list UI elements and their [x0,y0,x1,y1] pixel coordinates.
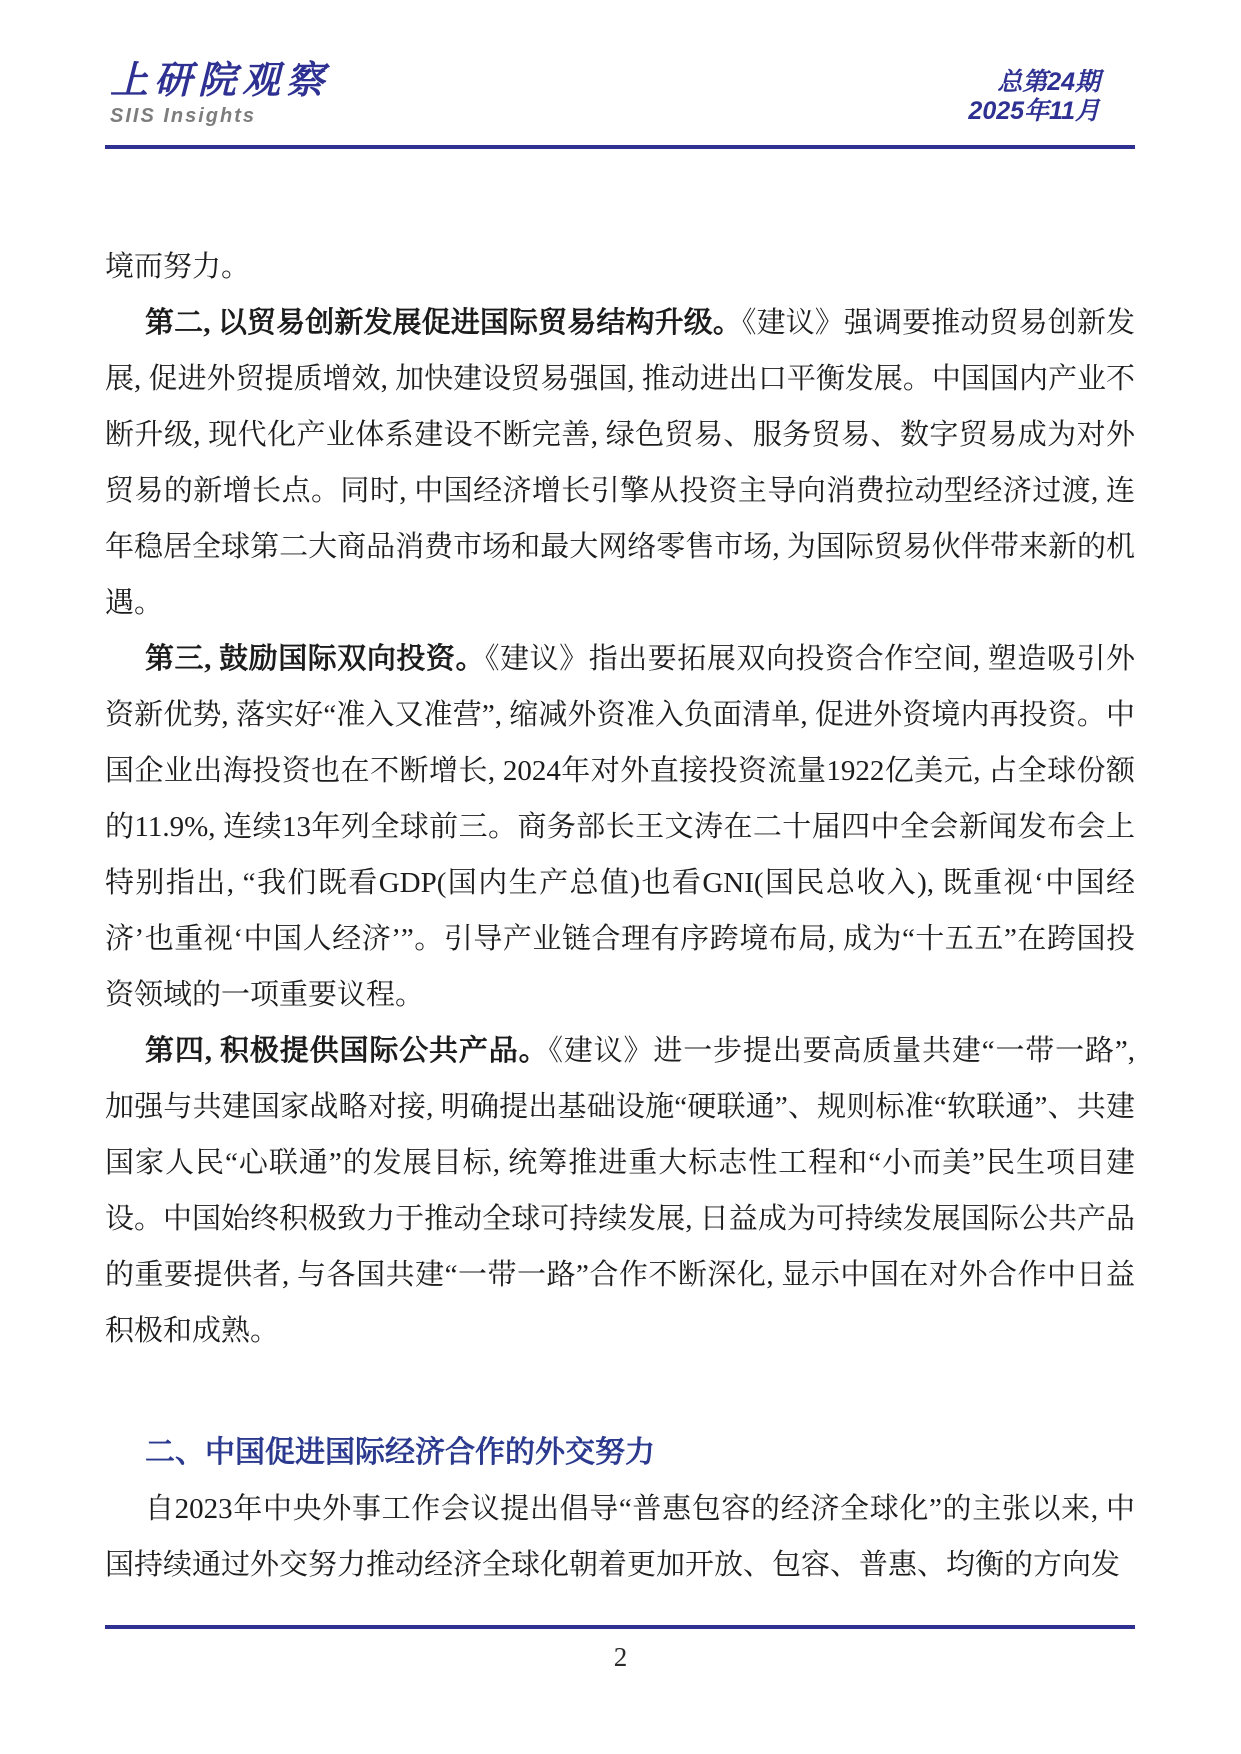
logo-subtitle: SIIS Insights [110,104,330,128]
logo-title: 上研院观察 [110,58,330,104]
body-content: 境而努力。第二, 以贸易创新发展促进国际贸易结构升级。《建议》强调要推动贸易创新… [105,239,1135,1593]
paragraph: 自2023年中央外事工作会议提出倡导“普惠包容的经济全球化”的主张以来, 中国持… [105,1481,1135,1593]
text-run: 《建议》强调要推动贸易创新发展, 促进外贸提质增效, 加快建设贸易强国, 推动进… [105,307,1135,619]
text-run: 《建议》进一步提出要高质量共建“一带一路”, 加强与共建国家战略对接, 明确提出… [105,1035,1135,1347]
paragraph: 第二, 以贸易创新发展促进国际贸易结构升级。《建议》强调要推动贸易创新发展, 促… [105,295,1135,631]
section-heading: 二、中国促进国际经济合作的外交努力 [145,1425,1135,1481]
text-run: 境而努力。 [105,251,250,283]
paragraph: 第三, 鼓励国际双向投资。《建议》指出要拓展双向投资合作空间, 塑造吸引外资新优… [105,631,1135,1023]
paragraph: 境而努力。 [105,239,1135,295]
paragraph: 第四, 积极提供国际公共产品。《建议》进一步提出要高质量共建“一带一路”, 加强… [105,1023,1135,1359]
text-run: 自2023年中央外事工作会议提出倡导“普惠包容的经济全球化”的主张以来, 中国持… [105,1493,1135,1581]
footer-divider [105,1625,1135,1629]
issue-number: 总第24期 [968,68,1100,97]
issue-date: 2025年11月 [968,97,1100,126]
header-divider [105,145,1135,149]
text-run: 《建议》指出要拓展双向投资合作空间, 塑造吸引外资新优势, 落实好“准入又准营”… [105,643,1135,1011]
issue-info: 总第24期 2025年11月 [968,68,1100,126]
paragraph-lead-bold: 第四, 积极提供国际公共产品。 [145,1035,548,1067]
page-number: 2 [0,1640,1241,1674]
paragraph-lead-bold: 第二, 以贸易创新发展促进国际贸易结构升级。 [145,307,742,339]
document-page: 上研院观察 SIIS Insights 总第24期 2025年11月 境而努力。… [0,0,1241,1754]
paragraph-lead-bold: 第三, 鼓励国际双向投资。 [145,643,485,675]
logo: 上研院观察 SIIS Insights [110,58,330,128]
